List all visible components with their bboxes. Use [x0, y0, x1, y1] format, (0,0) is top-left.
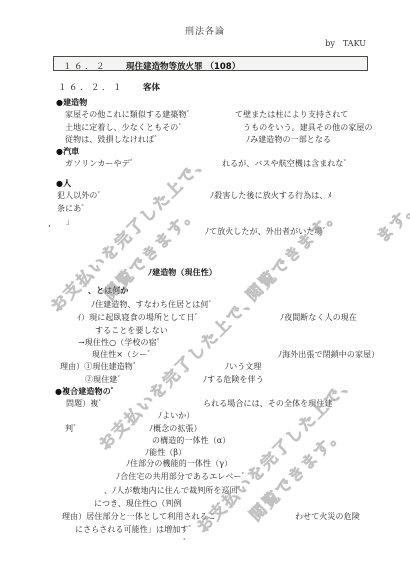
- payment-watermark: ます。: [369, 192, 410, 250]
- watermark-text: 閲覧できます。: [242, 388, 382, 528]
- document-page: 刑法各論 by TAKU １６．２現住建造物等放火罪 （108） １６．２．１客…: [0, 0, 410, 580]
- watermark-text: お支払いを完了した上で、: [43, 146, 216, 319]
- watermark-text: 閲覧できます。: [96, 167, 236, 307]
- watermark-layer: お支払いを完了した上で、閲覧できます。閲覧できます。ます。お支払いを完了した上で…: [0, 0, 410, 580]
- payment-watermark: 閲覧できます。: [239, 200, 348, 309]
- watermark-text: ます。: [369, 192, 410, 250]
- watermark-text: お支払いを完了した上で、: [91, 284, 264, 457]
- payment-watermark: お支払いを完了した上で、閲覧できます。: [189, 367, 383, 561]
- payment-watermark: お支払いを完了した上で、閲覧できます。: [43, 146, 237, 340]
- watermark-text: 閲覧できます。: [239, 200, 348, 309]
- watermark-text: お支払いを完了した上で、: [189, 367, 362, 540]
- payment-watermark: お支払いを完了した上で、: [91, 284, 264, 457]
